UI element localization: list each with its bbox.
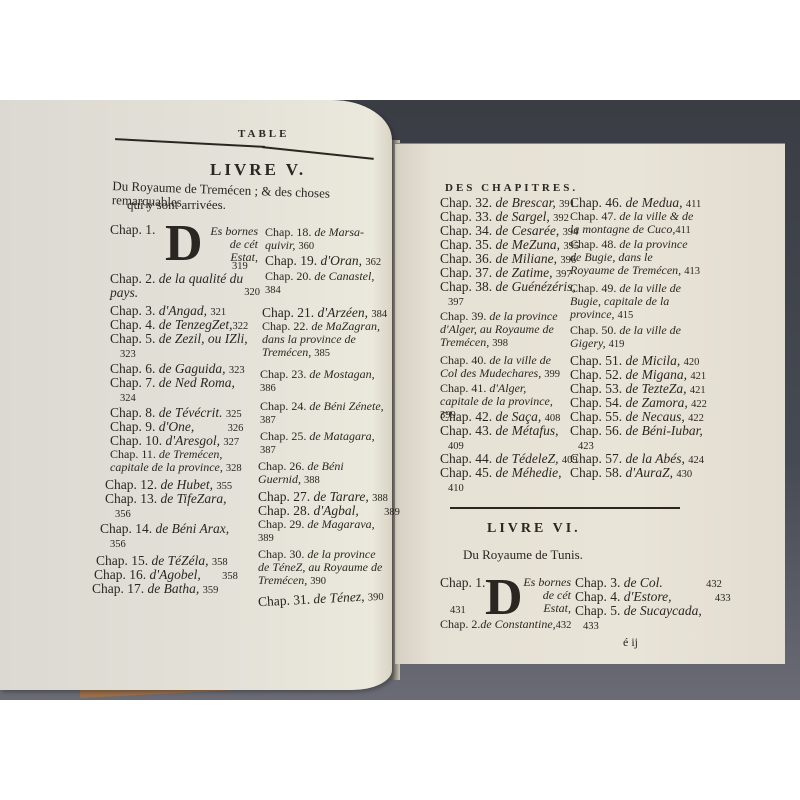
entry-14: Chap. 14. de Béni Arax,356 xyxy=(100,522,229,552)
b6-entry-1-label: Chap. 1. xyxy=(440,576,485,590)
entry-23: Chap. 23. de Mostagan, 386 xyxy=(260,368,388,395)
entry-31: Chap. 31. de Ténez, 390 xyxy=(258,589,384,612)
b6-entry-1-title: Es bornes de cét Estat, xyxy=(513,576,571,615)
entry-7: Chap. 7. de Ned Roma,324 xyxy=(110,376,235,406)
entry-40: Chap. 40. de la ville de Col des Mudecha… xyxy=(440,354,560,381)
entry-19: Chap. 19. d'Oran, 362 xyxy=(265,254,381,270)
entry-1-label: Chap. 1. xyxy=(110,223,155,237)
entry-26: Chap. 26. de Béni Guernid, 388 xyxy=(258,460,388,487)
book-six-subtitle: Du Royaume de Tunis. xyxy=(463,548,583,562)
entry-18: Chap. 18. de Marsa-quivir, 360 xyxy=(265,226,390,253)
entry-29: Chap. 29. de Magarava, 389 xyxy=(258,518,388,545)
entry-58: Chap. 58. d'AuraZ, 430 xyxy=(570,466,692,482)
entry-49: Chap. 49. de la ville de Bugie, capitale… xyxy=(570,282,700,322)
signature-mark: é ij xyxy=(623,635,638,650)
entry-2: Chap. 2. de la qualité du pays. 320 xyxy=(110,272,260,300)
entry-22: Chap. 22. de MaZagran, dans la province … xyxy=(262,320,390,360)
running-head-left: TABLE xyxy=(238,128,289,140)
book-photo: DES CHAPITRES. Chap. 32. de Brescar, 391… xyxy=(0,100,800,700)
entry-25: Chap. 25. de Matagara, 387 xyxy=(260,430,388,457)
book-six-title: LIVRE VI. xyxy=(487,521,581,537)
entry-39: Chap. 39. de la province d'Alger, au Roy… xyxy=(440,310,560,350)
b6-entry-2: Chap. 2.de Constantine,432 xyxy=(440,618,571,632)
entry-30: Chap. 30. de la province de TéneZ, au Ro… xyxy=(258,548,388,588)
b6-entry-1-page: 431 xyxy=(450,604,466,618)
entry-38: Chap. 38. de Guénézéris,397 xyxy=(440,280,576,310)
entry-43: Chap. 43. de Métafus,409 xyxy=(440,424,559,454)
section-rule xyxy=(450,507,680,509)
right-page: DES CHAPITRES. Chap. 32. de Brescar, 391… xyxy=(395,143,785,664)
entry-17: Chap. 17. de Batha, 359 xyxy=(92,582,218,598)
entry-45: Chap. 45. de Méhedie,410 xyxy=(440,466,561,496)
drop-cap-d: D xyxy=(165,220,203,268)
book-five-title: LIVRE V. xyxy=(210,160,306,180)
book-five-subtitle-2: qui y sont arrivées. xyxy=(127,198,226,212)
entry-20: Chap. 20. de Canastel, 384 xyxy=(265,270,390,297)
entry-24: Chap. 24. de Béni Zénete, 387 xyxy=(260,400,388,427)
b6-entry-5: Chap. 5. de Sucaycada,433 xyxy=(575,604,702,634)
entry-13: Chap. 13. de TifeZara,356 xyxy=(105,492,227,522)
entry-56: Chap. 56. de Béni-Iubar,423 xyxy=(570,424,703,454)
header-rule-2 xyxy=(262,146,374,159)
entry-11: Chap. 11. de Tremécen, capitale de la pr… xyxy=(110,448,260,475)
entry-50: Chap. 50. de la ville de Gigery, 419 xyxy=(570,324,700,351)
entry-5: Chap. 5. de Zezil, ou IZli,323 xyxy=(110,332,248,362)
left-page: TABLE LIVRE V. Du Royaume de Tremécen ; … xyxy=(0,100,392,690)
entry-47: Chap. 47. de la ville & de la montagne d… xyxy=(570,210,700,237)
entry-48: Chap. 48. de la province de Bugie, dans … xyxy=(570,238,700,278)
running-head-right: DES CHAPITRES. xyxy=(445,182,578,194)
entry-1-title: Es bornes de cét Estat, xyxy=(200,225,258,264)
